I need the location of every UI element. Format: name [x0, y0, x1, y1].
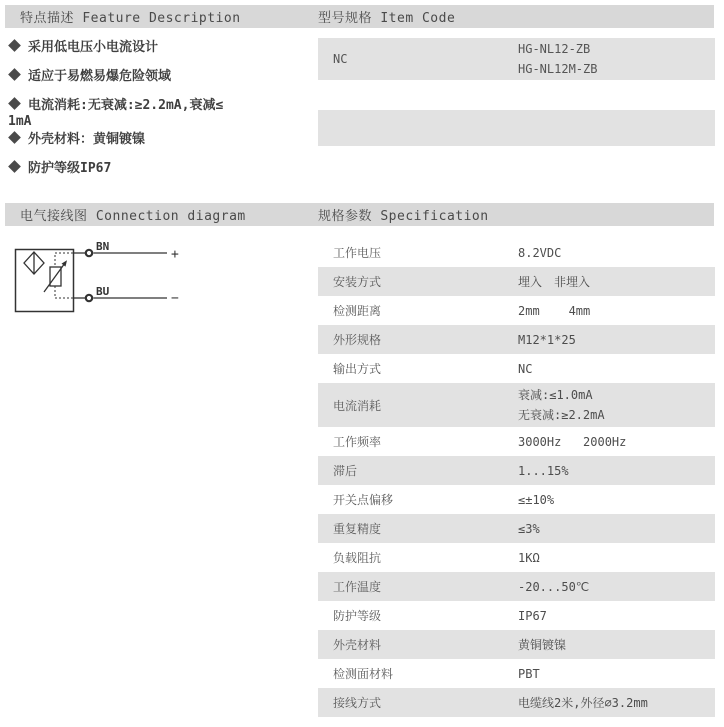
spec-value: -20...50℃ [518, 575, 589, 599]
spec-row: 重复精度≤3% [318, 514, 715, 543]
spec-value: 2mm 4mm [518, 299, 590, 323]
spec-label: 安装方式 [333, 273, 518, 290]
spec-value: NC [518, 357, 532, 381]
spec-row: 工作频率3000Hz 2000Hz [318, 427, 715, 456]
spec-row: 检测距离2mm 4mm [318, 296, 715, 325]
sensor-body-box [16, 250, 74, 312]
item-code-values: HG-NL12-ZB HG-NL12M-ZB [518, 39, 597, 79]
spec-title-en: Specification [380, 209, 488, 224]
item-code-row: NC HG-NL12-ZB HG-NL12M-ZB [318, 38, 715, 80]
spec-value: IP67 [518, 604, 547, 628]
features-title-zh: 特点描述 [20, 11, 74, 26]
spec-label: 检测面材料 [333, 665, 518, 682]
spec-row: 负载阻抗1KΩ [318, 543, 715, 572]
spec-label: 防护等级 [333, 607, 518, 624]
diamond-bullet-icon [8, 39, 21, 52]
bottom-terminal-icon [86, 295, 92, 301]
feature-text: 外壳材料：黄铜镀镍 [28, 132, 145, 147]
diamond-bullet-icon [8, 160, 21, 173]
wire-label-bu: BU [96, 285, 110, 298]
feature-text: 采用低电压小电流设计 [28, 40, 158, 55]
feature-item: 外壳材料：黄铜镀镍 [8, 132, 310, 148]
spec-value: 1KΩ [518, 546, 540, 570]
item-code-section-title: 型号规格 Item Code [318, 7, 455, 26]
connection-section-title: 电气接线图 Connection diagram [20, 205, 318, 224]
features-title-en: Feature Description [82, 11, 240, 26]
spec-value: 埋入 非埋入 [518, 270, 590, 294]
polarity-minus: − [171, 291, 179, 306]
spec-label: 工作温度 [333, 578, 518, 595]
spec-row: 滞后1...15% [318, 456, 715, 485]
spec-value: PBT [518, 662, 540, 686]
spec-label: 重复精度 [333, 520, 518, 537]
spec-value: 电缆线2米,外径∅3.2mm [518, 691, 648, 715]
spec-label: 输出方式 [333, 360, 518, 377]
spec-row: 外形规格M12*1*25 [318, 325, 715, 354]
spec-value: 8.2VDC [518, 241, 561, 265]
item-code-row-empty [318, 110, 715, 146]
spec-row: 接线方式电缆线2米,外径∅3.2mm [318, 688, 715, 717]
feature-item: 电流消耗:无衰减:≥2.2mA,衰减≤ 1mA [8, 98, 310, 130]
feature-item: 适应于易燃易爆危险领域 [8, 69, 310, 85]
feature-text: 防护等级IP67 [28, 161, 111, 176]
spec-row: 工作电压8.2VDC [318, 238, 715, 267]
item-code-title-zh: 型号规格 [318, 11, 372, 26]
feature-text: 适应于易燃易爆危险领域 [28, 69, 171, 84]
diamond-bullet-icon [8, 97, 21, 110]
spec-label: 工作频率 [333, 433, 518, 450]
spec-row: 防护等级IP67 [318, 601, 715, 630]
spec-row: 输出方式NC [318, 354, 715, 383]
spec-section-title: 规格参数 Specification [318, 205, 489, 224]
feature-list: 采用低电压小电流设计适应于易燃易爆危险领域电流消耗:无衰减:≥2.2mA,衰减≤… [8, 40, 310, 190]
spec-label: 开关点偏移 [333, 491, 518, 508]
spec-row: 电流消耗衰减:≤1.0mA 无衰减:≥2.2mA [318, 383, 715, 427]
feature-item: 采用低电压小电流设计 [8, 40, 310, 56]
output-type-label: NC [333, 52, 518, 66]
spec-row: 工作温度-20...50℃ [318, 572, 715, 601]
connection-title-zh: 电气接线图 [20, 209, 88, 224]
connection-title-en: Connection diagram [96, 209, 246, 224]
spec-row: 开关点偏移≤±10% [318, 485, 715, 514]
inductive-sensor-icon [24, 252, 44, 274]
spec-value: 衰减:≤1.0mA 无衰减:≥2.2mA [518, 383, 605, 427]
spec-title-zh: 规格参数 [318, 209, 372, 224]
spec-value: 黄铜镀镍 [518, 633, 566, 657]
top-terminal-icon [86, 250, 92, 256]
spec-row: 外壳材料黄铜镀镍 [318, 630, 715, 659]
spec-label: 负载阻抗 [333, 549, 518, 566]
spec-value: 1...15% [518, 459, 569, 483]
polarity-plus: + [171, 247, 179, 262]
features-section-title: 特点描述 Feature Description [20, 7, 318, 26]
spec-label: 外形规格 [333, 331, 518, 348]
datasheet-page: 特点描述 Feature Description 型号规格 Item Code … [0, 0, 724, 727]
connection-diagram: BN BU + − [10, 240, 205, 318]
wire-label-bn: BN [96, 240, 109, 253]
spec-label: 接线方式 [333, 694, 518, 711]
spec-value: M12*1*25 [518, 328, 576, 352]
diamond-bullet-icon [8, 131, 21, 144]
spec-label: 滞后 [333, 462, 518, 479]
spec-row: 安装方式埋入 非埋入 [318, 267, 715, 296]
header-bar-bottom: 电气接线图 Connection diagram 规格参数 Specificat… [5, 203, 714, 226]
feature-item: 防护等级IP67 [8, 161, 310, 177]
spec-label: 检测距离 [333, 302, 518, 319]
diamond-bullet-icon [8, 68, 21, 81]
header-bar-top: 特点描述 Feature Description 型号规格 Item Code [5, 5, 714, 28]
spec-value: ≤3% [518, 517, 540, 541]
spec-value: ≤±10% [518, 488, 554, 512]
feature-text: 电流消耗:无衰减:≥2.2mA,衰减≤ 1mA [8, 98, 223, 129]
spec-label: 工作电压 [333, 244, 518, 261]
spec-value: 3000Hz 2000Hz [518, 430, 626, 454]
spec-row: 检测面材料PBT [318, 659, 715, 688]
spec-label: 外壳材料 [333, 636, 518, 653]
specification-table: 工作电压8.2VDC安装方式埋入 非埋入检测距离2mm 4mm外形规格M12*1… [318, 238, 715, 717]
dotted-connection-bottom [55, 286, 73, 298]
spec-label: 电流消耗 [333, 397, 518, 414]
item-code-title-en: Item Code [380, 11, 455, 26]
